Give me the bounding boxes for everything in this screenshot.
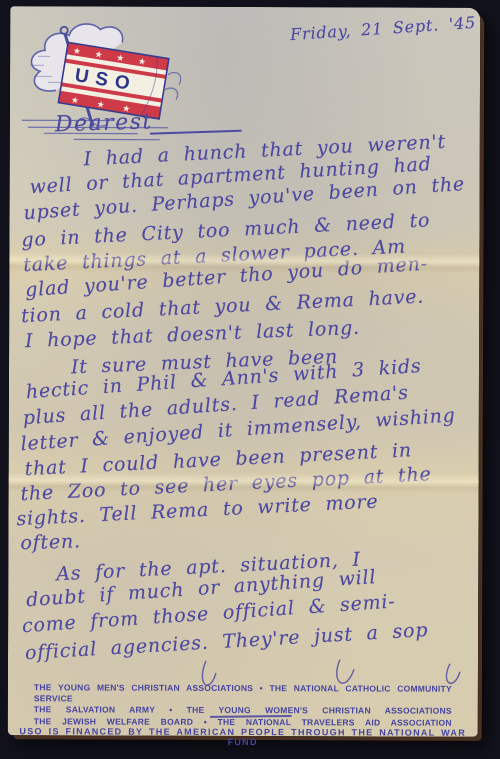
letter-paper: ★★ ★★ ★★ ★ USO Friday, 21 Sept. '45 Dear… [8,6,481,737]
pen-descender-marks [188,659,468,716]
handwritten-date: Friday, 21 Sept. '45 [290,13,477,44]
scanned-letter-photo: ★★ ★★ ★★ ★ USO Friday, 21 Sept. '45 Dear… [0,0,500,759]
svg-text:★: ★ [115,53,125,64]
svg-text:★: ★ [137,57,147,68]
svg-text:★: ★ [96,100,106,111]
svg-text:★: ★ [72,46,82,57]
cloud-sketch-right [165,72,181,99]
svg-text:★: ★ [94,50,104,61]
funding-note: USO IS FINANCED BY THE AMERICAN PEOPLE T… [8,726,478,748]
greeting: Dearest [54,109,153,137]
svg-text:★: ★ [70,96,80,107]
handwritten-line: often. [20,530,81,554]
